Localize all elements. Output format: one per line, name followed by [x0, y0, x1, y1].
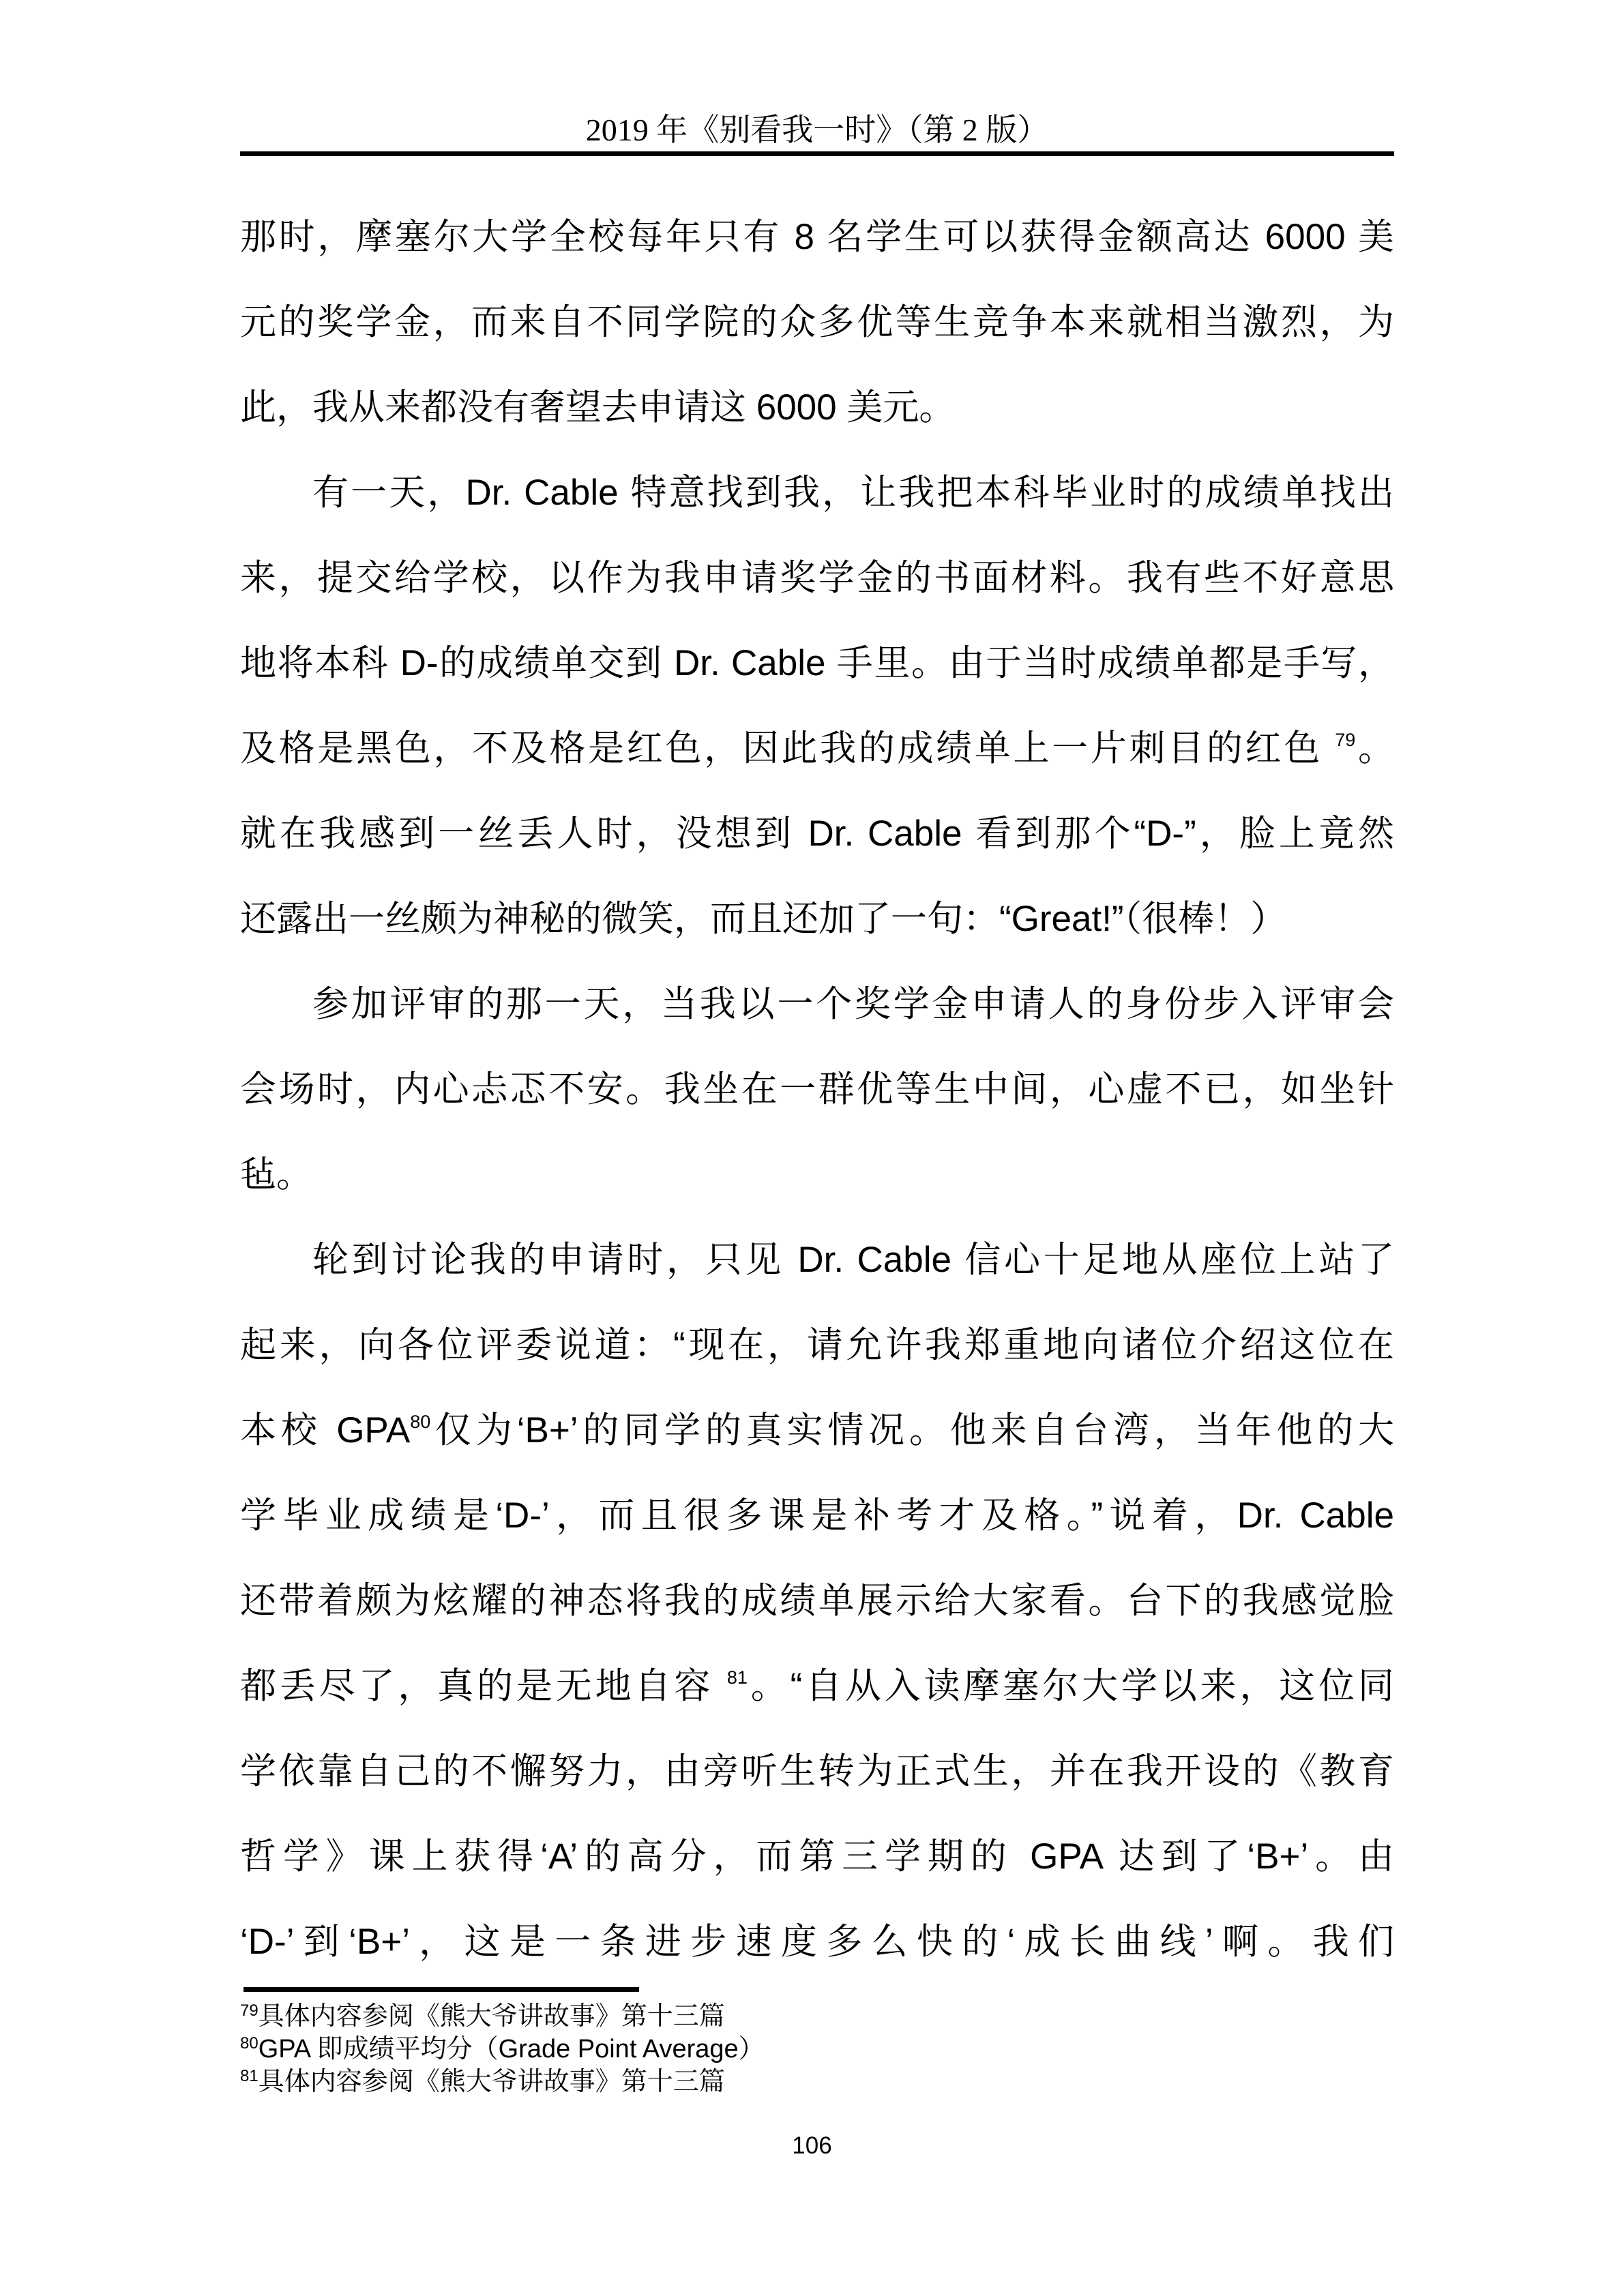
footnote-marker: 79	[240, 2001, 259, 2020]
footnote-ref: 81	[727, 1667, 748, 1688]
body-line: 还带着颇为炫耀的神态将我的成绩单展示给大家看。台下的我感觉脸	[240, 1558, 1394, 1643]
text-run: 轮到讨论我的申请时，只见 Dr. Cable 信心十足地从座位上站了	[312, 1240, 1394, 1280]
footnote-item: 81具体内容参阅《熊大爷讲故事》第十三篇	[240, 2066, 1394, 2098]
text-run: 哲学》课上获得‘A’的高分，而第三学期的 GPA 达到了‘B+’。由	[240, 1836, 1394, 1877]
body-line: 就在我感到一丝丢人时，没想到 Dr. Cable 看到那个“D-”，脸上竟然	[240, 791, 1394, 876]
text-run: 元的奖学金，而来自不同学院的众多优等生竞争本来就相当激烈，为	[240, 302, 1394, 342]
footnotes: 79具体内容参阅《熊大爷讲故事》第十三篇80GPA 即成绩平均分（Grade P…	[240, 2000, 1394, 2098]
footnote-text: GPA 即成绩平均分（Grade Point Average）	[259, 2035, 765, 2063]
footnote-item: 80GPA 即成绩平均分（Grade Point Average）	[240, 2033, 1394, 2066]
body-line: ‘D-’到‘B+’，这是一条进步速度多么快的‘成长曲线’啊。我们	[240, 1899, 1394, 1984]
body-line: 轮到讨论我的申请时，只见 Dr. Cable 信心十足地从座位上站了	[240, 1217, 1394, 1302]
body-line: 都丢尽了，真的是无地自容 81。“自从入读摩塞尔大学以来，这位同	[240, 1643, 1394, 1729]
text-run: 此，我从来都没有奢望去申请这 6000 美元。	[240, 387, 955, 428]
footnote-item: 79具体内容参阅《熊大爷讲故事》第十三篇	[240, 2000, 1394, 2033]
text-run: ‘D-’到‘B+’，这是一条进步速度多么快的‘成长曲线’啊。我们	[240, 1922, 1394, 1962]
text-run: 就在我感到一丝丢人时，没想到 Dr. Cable 看到那个“D-”，脸上竟然	[240, 814, 1394, 854]
text-run: 来，提交给学校，以作为我申请奖学金的书面材料。我有些不好意思	[240, 558, 1394, 598]
body-line: 此，我从来都没有奢望去申请这 6000 美元。	[240, 365, 1394, 450]
body-line: 起来，向各位评委说道：“现在，请允许我郑重地向诸位介绍这位在	[240, 1302, 1394, 1388]
footnote-text: 具体内容参阅《熊大爷讲故事》第十三篇	[259, 2068, 725, 2096]
body-line: 毡。	[240, 1132, 1394, 1217]
text-run: 。“自从入读摩塞尔大学以来，这位同	[748, 1666, 1394, 1706]
footnote-ref: 79	[1335, 730, 1355, 750]
body-line: 本校 GPA80仅为‘B+’的同学的真实情况。他来自台湾，当年他的大	[240, 1388, 1394, 1473]
text-run: 那时，摩塞尔大学全校每年只有 8 名学生可以获得金额高达 6000 美	[240, 217, 1394, 257]
text-run: 地将本科 D-的成绩单交到 Dr. Cable 手里。由于当时成绩单都是手写，	[240, 643, 1394, 683]
body-line: 会场时，内心忐忑不安。我坐在一群优等生中间，心虚不已，如坐针	[240, 1047, 1394, 1132]
text-run: 都丢尽了，真的是无地自容	[240, 1666, 727, 1706]
footnote-marker: 80	[240, 2034, 259, 2053]
footnote-separator	[243, 1987, 639, 1992]
text-run: 参加评审的那一天，当我以一个奖学金申请人的身份步入评审会	[312, 984, 1394, 1024]
document-body: 那时，摩塞尔大学全校每年只有 8 名学生可以获得金额高达 6000 美元的奖学金…	[240, 194, 1394, 1984]
text-run: 起来，向各位评委说道：“现在，请允许我郑重地向诸位介绍这位在	[240, 1325, 1394, 1365]
footnote-marker: 81	[240, 2067, 259, 2085]
text-run: 仅为‘B+’的同学的真实情况。他来自台湾，当年他的大	[430, 1410, 1394, 1450]
body-line: 来，提交给学校，以作为我申请奖学金的书面材料。我有些不好意思	[240, 535, 1394, 621]
text-run: 及格是黑色，不及格是红色，因此我的成绩单上一片刺目的红色	[240, 728, 1335, 769]
text-run: 有一天，Dr. Cable 特意找到我，让我把本科毕业时的成绩单找出	[312, 473, 1394, 513]
text-run: 还带着颇为炫耀的神态将我的成绩单展示给大家看。台下的我感觉脸	[240, 1581, 1394, 1621]
text-run: 学毕业成绩是‘D-’，而且很多课是补考才及格。”说着，Dr. Cable	[240, 1495, 1394, 1536]
body-line: 学毕业成绩是‘D-’，而且很多课是补考才及格。”说着，Dr. Cable	[240, 1473, 1394, 1558]
text-run: 还露出一丝颇为神秘的微笑，而且还加了一句：“Great!”（很棒！）	[240, 899, 1286, 939]
body-line: 参加评审的那一天，当我以一个奖学金申请人的身份步入评审会	[240, 961, 1394, 1047]
text-run: 本校 GPA	[240, 1410, 410, 1450]
body-line: 地将本科 D-的成绩单交到 Dr. Cable 手里。由于当时成绩单都是手写，	[240, 621, 1394, 706]
body-line: 及格是黑色，不及格是红色，因此我的成绩单上一片刺目的红色 79。	[240, 706, 1394, 791]
body-line: 那时，摩塞尔大学全校每年只有 8 名学生可以获得金额高达 6000 美	[240, 194, 1394, 280]
text-run: 毡。	[240, 1154, 312, 1195]
page-header: 2019 年《别看我一时》（第 2 版）	[240, 115, 1394, 156]
body-line: 有一天，Dr. Cable 特意找到我，让我把本科毕业时的成绩单找出	[240, 450, 1394, 535]
footnote-text: 具体内容参阅《熊大爷讲故事》第十三篇	[259, 2002, 725, 2031]
text-run: 。	[1355, 728, 1394, 769]
footnote-ref: 80	[410, 1412, 430, 1432]
text-run: 会场时，内心忐忑不安。我坐在一群优等生中间，心虚不已，如坐针	[240, 1069, 1394, 1109]
body-line: 学依靠自己的不懈努力，由旁听生转为正式生，并在我开设的《教育	[240, 1729, 1394, 1814]
body-line: 哲学》课上获得‘A’的高分，而第三学期的 GPA 达到了‘B+’。由	[240, 1814, 1394, 1899]
body-line: 还露出一丝颇为神秘的微笑，而且还加了一句：“Great!”（很棒！）	[240, 876, 1394, 961]
text-run: 学依靠自己的不懈努力，由旁听生转为正式生，并在我开设的《教育	[240, 1751, 1394, 1791]
body-line: 元的奖学金，而来自不同学院的众多优等生竞争本来就相当激烈，为	[240, 280, 1394, 365]
page-number: 106	[0, 2133, 1624, 2159]
header-title: 2019 年《别看我一时》（第 2 版）	[586, 113, 1049, 147]
document-page: 2019 年《别看我一时》（第 2 版） 那时，摩塞尔大学全校每年只有 8 名学…	[0, 0, 1624, 2296]
